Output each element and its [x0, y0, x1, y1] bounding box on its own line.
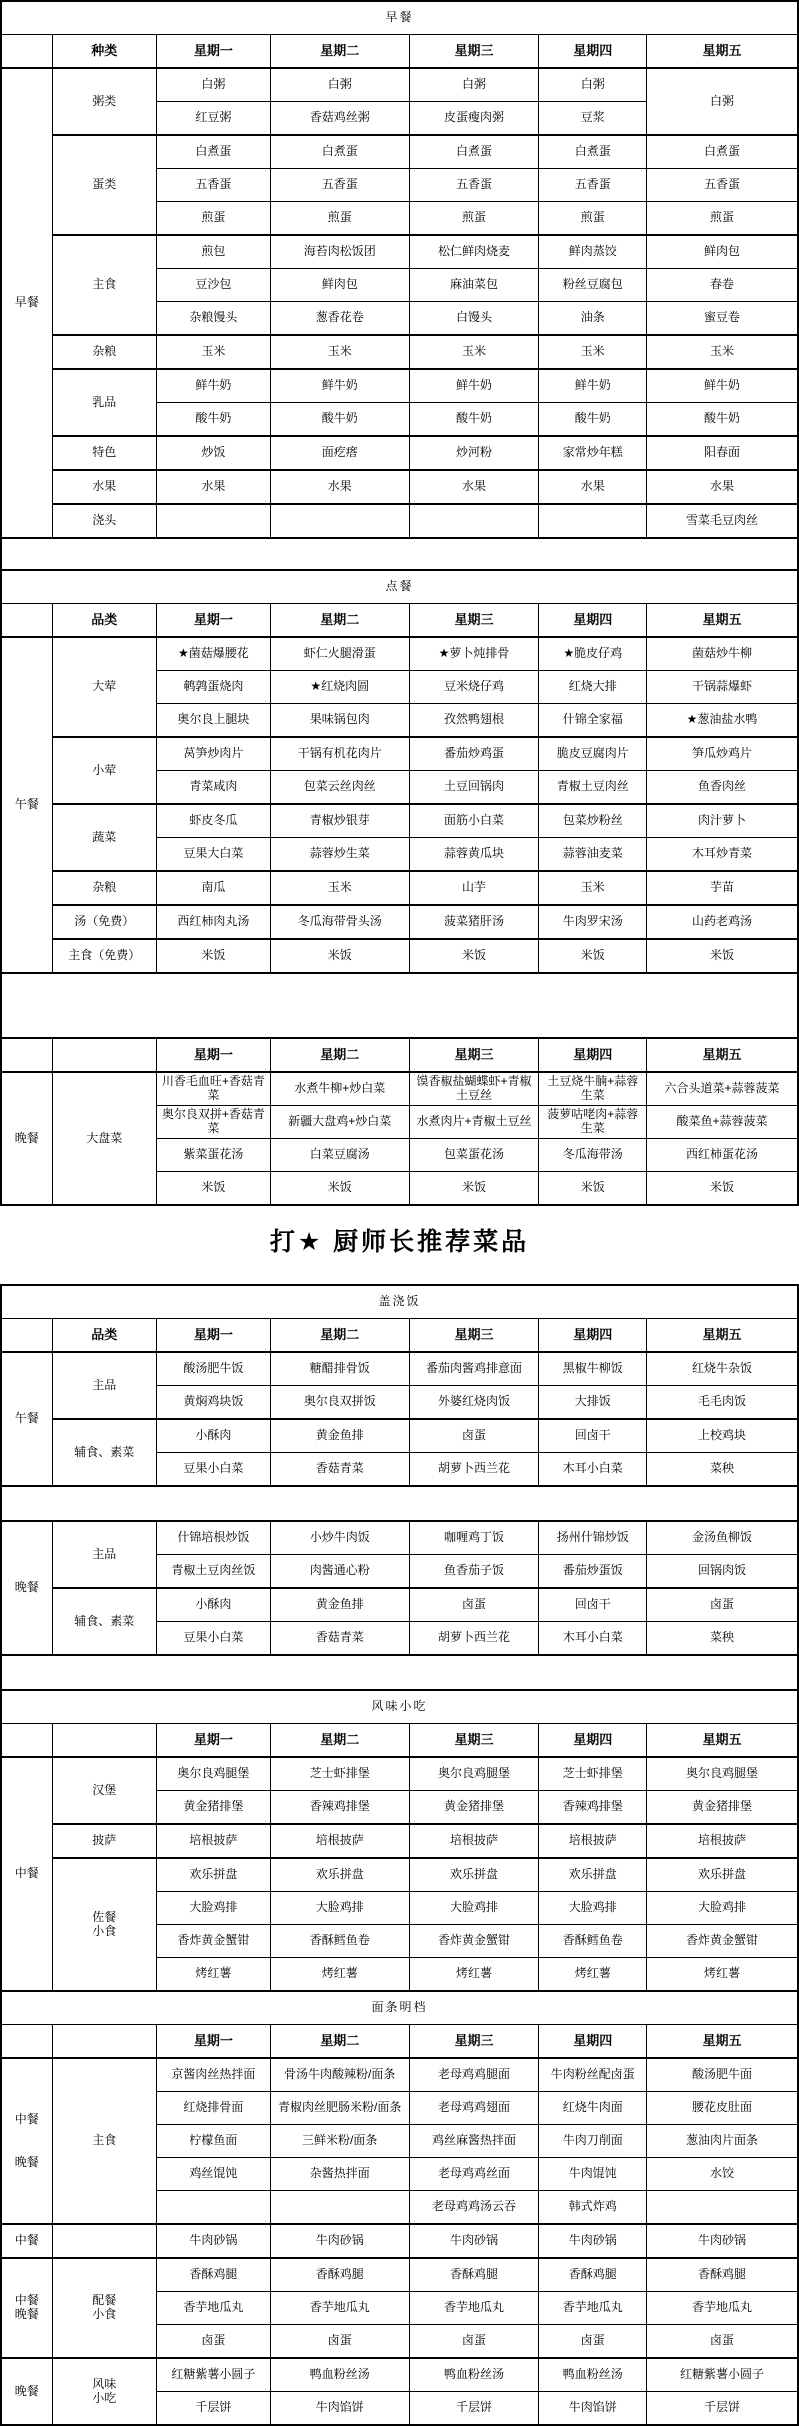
- meal-label: 晚餐: [1, 1072, 52, 1205]
- category-label: 杂粮: [52, 871, 156, 905]
- menu-item: 香酥鸡腿: [270, 2258, 409, 2292]
- meal-label: 中餐: [1, 1757, 52, 1991]
- menu-item: 回卤干: [539, 1588, 647, 1622]
- day-header: 星期五: [647, 1038, 798, 1072]
- category-label: 主食（免费）: [52, 939, 156, 973]
- category-label: 蛋类: [52, 135, 156, 235]
- menu-item: 米饭: [409, 1172, 539, 1206]
- menu-item: 玉米: [539, 335, 647, 369]
- menu-item: 鱼香肉丝: [647, 771, 798, 805]
- menu-item: ★红烧肉圆: [270, 671, 409, 704]
- menu-item: 鲜牛奶: [156, 369, 270, 403]
- menu-item: [156, 2191, 270, 2225]
- menu-item: 红糖紫薯小圆子: [647, 2358, 798, 2392]
- menu-item: 米饭: [156, 939, 270, 973]
- day-header: 星期二: [270, 1038, 409, 1072]
- menu-item: 培根披萨: [156, 1824, 270, 1858]
- menu-item: 三鲜米粉/面条: [270, 2125, 409, 2158]
- menu-item: 烤红薯: [539, 1958, 647, 1992]
- day-header: 星期三: [409, 35, 539, 69]
- menu-item: 海苔肉松饭团: [270, 235, 409, 269]
- menu-item: 小酥肉: [156, 1419, 270, 1453]
- category-label: 大荤: [52, 637, 156, 737]
- menu-item: 咖喱鸡丁饭: [409, 1521, 539, 1555]
- menu-item: 青椒土豆肉丝饭: [156, 1555, 270, 1589]
- category-label: 水果: [52, 470, 156, 504]
- day-header: 星期四: [539, 1038, 647, 1072]
- menu-item: 白粥: [409, 68, 539, 102]
- menu-item: 孜然鸭翅根: [409, 704, 539, 738]
- menu-item: 豆果小白菜: [156, 1453, 270, 1487]
- menu-item: 奥尔良上腿块: [156, 704, 270, 738]
- menu-item: 酸牛奶: [270, 403, 409, 437]
- menu-item: ★脆皮仔鸡: [539, 637, 647, 671]
- menu-item: 米饭: [539, 1172, 647, 1206]
- menu-item: 肉汁萝卜: [647, 804, 798, 838]
- menu-item: 香芋地瓜丸: [156, 2292, 270, 2325]
- menu-item: 欢乐拼盘: [156, 1858, 270, 1892]
- menu-item: 白煮蛋: [409, 135, 539, 169]
- menu-item: 玉米: [647, 335, 798, 369]
- menu-item: 红烧排骨面: [156, 2092, 270, 2125]
- menu-item: 土豆烧牛腩+蒜蓉生菜: [539, 1072, 647, 1106]
- menu-item: 豆沙包: [156, 269, 270, 302]
- menu-item: 鸭血粉丝汤: [270, 2358, 409, 2392]
- menu-item: 牛肉砂锅: [270, 2224, 409, 2258]
- menu-item: 红豆粥: [156, 102, 270, 136]
- menu-item: 杂粮馒头: [156, 302, 270, 336]
- menu-item: 大脸鸡排: [270, 1892, 409, 1925]
- menu-item: 杂酱热拌面: [270, 2158, 409, 2191]
- menu-item: 米饭: [156, 1172, 270, 1206]
- menu-item: 脆皮豆腐肉片: [539, 737, 647, 771]
- category-label: 辅食、素菜: [52, 1419, 156, 1486]
- menu-item: 鸭血粉丝汤: [539, 2358, 647, 2392]
- meal-label: 中餐 晚餐: [1, 2058, 52, 2224]
- menu-item: 大脸鸡排: [647, 1892, 798, 1925]
- menu-item: 菌菇炒牛柳: [647, 637, 798, 671]
- menu-item: 酸牛奶: [156, 403, 270, 437]
- menu-item: 京酱肉丝热拌面: [156, 2058, 270, 2092]
- menu-item: 豆果小白菜: [156, 1622, 270, 1656]
- day-header: 星期四: [539, 35, 647, 69]
- menu-item: 干锅蒜爆虾: [647, 671, 798, 704]
- menu-item: 香芋地瓜丸: [539, 2292, 647, 2325]
- day-header: 星期四: [539, 2025, 647, 2059]
- menu-item: 香酥鸡腿: [156, 2258, 270, 2292]
- menu-item: 笋瓜炒鸡片: [647, 737, 798, 771]
- day-header: 星期五: [647, 2025, 798, 2059]
- menu-item: 白馒头: [409, 302, 539, 336]
- menu-item: 回锅肉饭: [647, 1555, 798, 1589]
- menu-item: 水煮肉片+青椒土豆丝: [409, 1106, 539, 1139]
- corner-header: 种类: [52, 35, 156, 69]
- menu-item: 玉米: [270, 335, 409, 369]
- menu-table-rice-topping: 盖浇饭品类星期一星期二星期三星期四星期五午餐主品酸汤肥牛饭糖醋排骨饭番茄肉酱鸡排…: [0, 1284, 799, 1656]
- menu-item: 欢乐拼盘: [409, 1858, 539, 1892]
- menu-item: 鲜肉蒸饺: [539, 235, 647, 269]
- menu-item: 黄金猪排堡: [647, 1791, 798, 1825]
- menu-item: 水果: [270, 470, 409, 504]
- menu-item: 蒜蓉黄瓜块: [409, 838, 539, 872]
- menu-item: 干锅有机花肉片: [270, 737, 409, 771]
- menu-item: 牛肉砂锅: [539, 2224, 647, 2258]
- menu-item: 酸菜鱼+蒜蓉菠菜: [647, 1106, 798, 1139]
- category-label: 主品: [52, 1352, 156, 1419]
- menu-item: 黄金猪排堡: [156, 1791, 270, 1825]
- day-header: 星期四: [539, 604, 647, 638]
- category-label: 汉堡: [52, 1757, 156, 1824]
- meal-column-header: [1, 1724, 52, 1758]
- menu-item: 什锦全家福: [539, 704, 647, 738]
- menu-item: 鸡丝麻酱热拌面: [409, 2125, 539, 2158]
- menu-item: 千层饼: [409, 2392, 539, 2426]
- category-label: 蔬菜: [52, 804, 156, 871]
- menu-item: 木耳小白菜: [539, 1453, 647, 1487]
- menu-item: 酸牛奶: [647, 403, 798, 437]
- menu-item: 新疆大盘鸡+炒白菜: [270, 1106, 409, 1139]
- menu-item: 米饭: [647, 1172, 798, 1206]
- menu-item: 果味锅包肉: [270, 704, 409, 738]
- category-label: 大盘菜: [52, 1072, 156, 1205]
- day-header: 星期一: [156, 604, 270, 638]
- menu-item: 酸汤肥牛面: [647, 2058, 798, 2092]
- menu-item: 白粥: [270, 68, 409, 102]
- chef-recommendation-note: 打★ 厨师长推荐菜品: [0, 1206, 799, 1284]
- menu-item: 粉丝豆腐包: [539, 269, 647, 302]
- day-header: 星期三: [409, 604, 539, 638]
- category-label: 浇头: [52, 504, 156, 538]
- menu-item: 馍香椒盐蝴蝶虾+青椒土豆丝: [409, 1072, 539, 1106]
- menu-item: 卤蛋: [156, 2325, 270, 2359]
- section-title-noodle-bar: 面条明档: [1, 1991, 798, 2025]
- meal-label: 晚餐: [1, 2358, 52, 2425]
- menu-item: 包菜炒粉丝: [539, 804, 647, 838]
- menu-item: 香芋地瓜丸: [647, 2292, 798, 2325]
- menu-item: 白粥: [647, 68, 798, 135]
- menu-item: 蒜蓉油麦菜: [539, 838, 647, 872]
- menu-table-snacks: 风味小吃星期一星期二星期三星期四星期五中餐汉堡奥尔良鸡腿堡芝士虾排堡奥尔良鸡腿堡…: [0, 1689, 799, 1992]
- menu-item: 炒饭: [156, 436, 270, 470]
- menu-item: 烤红薯: [156, 1958, 270, 1992]
- day-header: 星期三: [409, 1724, 539, 1758]
- day-header: 星期二: [270, 35, 409, 69]
- meal-column-header: [1, 1319, 52, 1353]
- menu-item: 番茄肉酱鸡排意面: [409, 1352, 539, 1386]
- menu-item: 欢乐拼盘: [539, 1858, 647, 1892]
- menu-item: 鹌鹑蛋烧肉: [156, 671, 270, 704]
- menu-item: 培根披萨: [539, 1824, 647, 1858]
- menu-item: ★菌菇爆腰花: [156, 637, 270, 671]
- menu-item: 鸭血粉丝汤: [409, 2358, 539, 2392]
- menu-item: 香菇青菜: [270, 1453, 409, 1487]
- menu-item: 五香蛋: [409, 169, 539, 202]
- menu-table-dinner-platter: 星期一星期二星期三星期四星期五晚餐大盘菜川香毛血旺+香菇青菜水煮牛柳+炒白菜馍香…: [0, 1037, 799, 1206]
- menu-item: 肉酱通心粉: [270, 1555, 409, 1589]
- menu-item: 卤蛋: [647, 2325, 798, 2359]
- menu-item: 阳春面: [647, 436, 798, 470]
- menu-item: 米饭: [647, 939, 798, 973]
- category-label: 辅食、素菜: [52, 1588, 156, 1655]
- menu-item: 黄金猪排堡: [409, 1791, 539, 1825]
- menu-item: 毛毛肉饭: [647, 1386, 798, 1420]
- meal-column-header: [1, 1038, 52, 1072]
- day-header: 星期五: [647, 604, 798, 638]
- menu-item: 牛肉刀削面: [539, 2125, 647, 2158]
- menu-item: 柠檬鱼面: [156, 2125, 270, 2158]
- menu-item: 葱香花卷: [270, 302, 409, 336]
- menu-item: 黑椒牛柳饭: [539, 1352, 647, 1386]
- menu-item: ★葱油盐水鸭: [647, 704, 798, 738]
- corner-header: [52, 1724, 156, 1758]
- day-header: 星期四: [539, 1319, 647, 1353]
- menu-item: 欢乐拼盘: [647, 1858, 798, 1892]
- menu-item: 酸牛奶: [409, 403, 539, 437]
- menu-item: 卤蛋: [409, 1419, 539, 1453]
- menu-item: 煎蛋: [409, 202, 539, 236]
- chef-recommendation-text: 打★ 厨师长推荐菜品: [270, 1228, 529, 1256]
- menu-item: 蜜豆卷: [647, 302, 798, 336]
- menu-table-noodle-bar: 面条明档星期一星期二星期三星期四星期五中餐 晚餐主食京酱肉丝热拌面骨汤牛肉酸辣粉…: [0, 1990, 799, 2426]
- day-header: 星期一: [156, 1319, 270, 1353]
- menu-item: 包菜云丝肉丝: [270, 771, 409, 805]
- menu-item: 香菇青菜: [270, 1622, 409, 1656]
- menu-item: 小炒牛肉饭: [270, 1521, 409, 1555]
- menu-item: 番茄炒鸡蛋: [409, 737, 539, 771]
- menu-item: 金汤鱼柳饭: [647, 1521, 798, 1555]
- category-label: 主食: [52, 235, 156, 335]
- menu-item: 面筋小白菜: [409, 804, 539, 838]
- menu-item: 香辣鸡排堡: [270, 1791, 409, 1825]
- menu-item: 红烧牛杂饭: [647, 1352, 798, 1386]
- category-label: 佐餐 小食: [52, 1858, 156, 1991]
- menu-item: 水果: [409, 470, 539, 504]
- menu-item: 卤蛋: [409, 2325, 539, 2359]
- day-header: 星期二: [270, 1724, 409, 1758]
- weekly-canteen-menu: 早餐种类星期一星期二星期三星期四星期五早餐粥类白粥白粥白粥白粥白粥红豆粥香菇鸡丝…: [0, 0, 799, 2426]
- menu-item: 木耳炒青菜: [647, 838, 798, 872]
- menu-item: 奥尔良鸡腿堡: [156, 1757, 270, 1791]
- menu-item: 玉米: [270, 871, 409, 905]
- section-gap: [0, 974, 799, 1037]
- menu-item: 红烧牛肉面: [539, 2092, 647, 2125]
- menu-item: 香酥鳕鱼卷: [270, 1925, 409, 1958]
- menu-item: 菠萝咕咾肉+蒜蓉生菜: [539, 1106, 647, 1139]
- menu-item: 豆浆: [539, 102, 647, 136]
- menu-item: 老母鸡鸡翅面: [409, 2092, 539, 2125]
- menu-item: 五香蛋: [539, 169, 647, 202]
- menu-item: 鲜牛奶: [539, 369, 647, 403]
- menu-item: 香炸黄金蟹钳: [409, 1925, 539, 1958]
- menu-item: 香芋地瓜丸: [409, 2292, 539, 2325]
- menu-item: 鸡丝馄饨: [156, 2158, 270, 2191]
- menu-item: 胡萝卜西兰花: [409, 1622, 539, 1656]
- menu-item: 青菜咸肉: [156, 771, 270, 805]
- menu-item: 牛肉馅饼: [270, 2392, 409, 2426]
- menu-item: 煎蛋: [647, 202, 798, 236]
- meal-column-header: [1, 35, 52, 69]
- menu-item: 青椒肉丝肥肠米粉/面条: [270, 2092, 409, 2125]
- menu-item: 白粥: [539, 68, 647, 102]
- menu-item: 卤蛋: [409, 1588, 539, 1622]
- menu-item: 煎蛋: [156, 202, 270, 236]
- menu-item: 青椒炒银芽: [270, 804, 409, 838]
- day-header: 星期一: [156, 35, 270, 69]
- meal-column-header: [1, 604, 52, 638]
- menu-item: 烤红薯: [647, 1958, 798, 1992]
- menu-item: 烤红薯: [409, 1958, 539, 1992]
- menu-item: 大排饭: [539, 1386, 647, 1420]
- menu-item: 黄金鱼排: [270, 1419, 409, 1453]
- menu-item: 香酥鸡腿: [647, 2258, 798, 2292]
- category-label: 小荤: [52, 737, 156, 804]
- menu-item: 培根披萨: [409, 1824, 539, 1858]
- meal-label: 早餐: [1, 68, 52, 538]
- meal-label: 中餐 晚餐: [1, 2258, 52, 2358]
- menu-item: 煎蛋: [539, 202, 647, 236]
- menu-item: 芋苗: [647, 871, 798, 905]
- menu-item: 欢乐拼盘: [270, 1858, 409, 1892]
- meal-label: 午餐: [1, 1352, 52, 1486]
- menu-item: 上校鸡块: [647, 1419, 798, 1453]
- menu-item: 米饭: [409, 939, 539, 973]
- day-header: 星期三: [409, 1038, 539, 1072]
- corner-header: [52, 2025, 156, 2059]
- category-label: 汤（免费）: [52, 905, 156, 939]
- menu-item: 酸牛奶: [539, 403, 647, 437]
- menu-item: 什锦培根炒饭: [156, 1521, 270, 1555]
- menu-item: 鲜牛奶: [270, 369, 409, 403]
- menu-item: 水饺: [647, 2158, 798, 2191]
- menu-item: 米饭: [270, 1172, 409, 1206]
- menu-item: 奥尔良鸡腿堡: [647, 1757, 798, 1791]
- menu-item: 菜秧: [647, 1453, 798, 1487]
- menu-item: 水果: [647, 470, 798, 504]
- menu-item: 番茄炒蛋饭: [539, 1555, 647, 1589]
- day-header: 星期三: [409, 2025, 539, 2059]
- menu-item: 烤红薯: [270, 1958, 409, 1992]
- menu-item: 培根披萨: [647, 1824, 798, 1858]
- menu-item: 煎蛋: [270, 202, 409, 236]
- day-header: 星期二: [270, 1319, 409, 1353]
- section-title-snacks: 风味小吃: [1, 1690, 798, 1724]
- menu-item: ★萝卜炖排骨: [409, 637, 539, 671]
- meal-column-header: [1, 2025, 52, 2059]
- menu-item: 五香蛋: [647, 169, 798, 202]
- menu-item: 老母鸡鸡汤云吞: [409, 2191, 539, 2225]
- menu-item: 紫菜蛋花汤: [156, 1139, 270, 1172]
- menu-item: 山药老鸡汤: [647, 905, 798, 939]
- menu-item: 千层饼: [156, 2392, 270, 2426]
- menu-item: 麻油菜包: [409, 269, 539, 302]
- menu-item: 鱼香茄子饭: [409, 1555, 539, 1589]
- menu-item: 包菜蛋花汤: [409, 1139, 539, 1172]
- menu-item: 山芋: [409, 871, 539, 905]
- menu-item: 皮蛋瘦肉粥: [409, 102, 539, 136]
- category-label: 主食: [52, 2058, 156, 2224]
- section-title-a-la-carte: 点餐: [1, 570, 798, 604]
- menu-item: 面疙瘩: [270, 436, 409, 470]
- menu-item: 白粥: [156, 68, 270, 102]
- menu-item: 鲜牛奶: [409, 369, 539, 403]
- meal-label: 午餐: [1, 637, 52, 973]
- menu-item: 冬瓜海带骨头汤: [270, 905, 409, 939]
- menu-item: 菜秧: [647, 1622, 798, 1656]
- menu-item: 五香蛋: [270, 169, 409, 202]
- menu-item: 大脸鸡排: [409, 1892, 539, 1925]
- table-gap-row: [1, 1486, 798, 1521]
- menu-item: 千层饼: [647, 2392, 798, 2426]
- menu-item: 小酥肉: [156, 1588, 270, 1622]
- menu-item: [647, 2191, 798, 2225]
- menu-item: 木耳小白菜: [539, 1622, 647, 1656]
- menu-item: 鲜肉包: [647, 235, 798, 269]
- menu-item: 大脸鸡排: [156, 1892, 270, 1925]
- menu-item: 香芋地瓜丸: [270, 2292, 409, 2325]
- category-label: 粥类: [52, 68, 156, 135]
- menu-item: 黄焖鸡块饭: [156, 1386, 270, 1420]
- menu-item: 奥尔良鸡腿堡: [409, 1757, 539, 1791]
- menu-table-a-la-carte: 点餐品类星期一星期二星期三星期四星期五午餐大荤★菌菇爆腰花虾仁火腿滑蛋★萝卜炖排…: [0, 569, 799, 974]
- menu-item: 鲜牛奶: [647, 369, 798, 403]
- menu-item: 奥尔良双拼饭: [270, 1386, 409, 1420]
- menu-item: 煎包: [156, 235, 270, 269]
- category-label: 特色: [52, 436, 156, 470]
- menu-item: 豆果大白菜: [156, 838, 270, 872]
- menu-item: 扬州什锦炒饭: [539, 1521, 647, 1555]
- category-label: 配餐 小食: [52, 2258, 156, 2358]
- menu-item: 玉米: [409, 335, 539, 369]
- menu-item: 老母鸡鸡腿面: [409, 2058, 539, 2092]
- menu-item: 松仁鲜肉烧麦: [409, 235, 539, 269]
- menu-item: 莴笋炒肉片: [156, 737, 270, 771]
- menu-item: 红烧大排: [539, 671, 647, 704]
- day-header: 星期二: [270, 2025, 409, 2059]
- menu-item: 六合头道菜+蒜蓉菠菜: [647, 1072, 798, 1106]
- menu-item: 玉米: [156, 335, 270, 369]
- menu-item: 米饭: [270, 939, 409, 973]
- category-label: 杂粮: [52, 335, 156, 369]
- menu-item: 土豆回锅肉: [409, 771, 539, 805]
- menu-item: 冬瓜海带汤: [539, 1139, 647, 1172]
- menu-item: 虾仁火腿滑蛋: [270, 637, 409, 671]
- day-header: 星期四: [539, 1724, 647, 1758]
- day-header: 星期五: [647, 1724, 798, 1758]
- menu-item: 西红柿肉丸汤: [156, 905, 270, 939]
- menu-item: [539, 504, 647, 538]
- menu-item: 韩式炸鸡: [539, 2191, 647, 2225]
- day-header: 星期三: [409, 1319, 539, 1353]
- menu-item: 雪菜毛豆肉丝: [647, 504, 798, 538]
- day-header: 星期五: [647, 1319, 798, 1353]
- menu-item: 牛肉粉丝配卤蛋: [539, 2058, 647, 2092]
- menu-item: 培根披萨: [270, 1824, 409, 1858]
- menu-item: 牛肉馄饨: [539, 2158, 647, 2191]
- menu-item: 香炸黄金蟹钳: [156, 1925, 270, 1958]
- menu-item: [409, 504, 539, 538]
- menu-item: 南瓜: [156, 871, 270, 905]
- day-header: 星期二: [270, 604, 409, 638]
- menu-item: 白煮蛋: [539, 135, 647, 169]
- menu-item: 青椒土豆肉丝: [539, 771, 647, 805]
- menu-item: 川香毛血旺+香菇青菜: [156, 1072, 270, 1106]
- menu-item: 白煮蛋: [270, 135, 409, 169]
- day-header: 星期一: [156, 1724, 270, 1758]
- menu-item: 香酥鸡腿: [409, 2258, 539, 2292]
- category-label: 乳品: [52, 369, 156, 436]
- menu-item: 卤蛋: [647, 1588, 798, 1622]
- menu-item: 骨汤牛肉酸辣粉/面条: [270, 2058, 409, 2092]
